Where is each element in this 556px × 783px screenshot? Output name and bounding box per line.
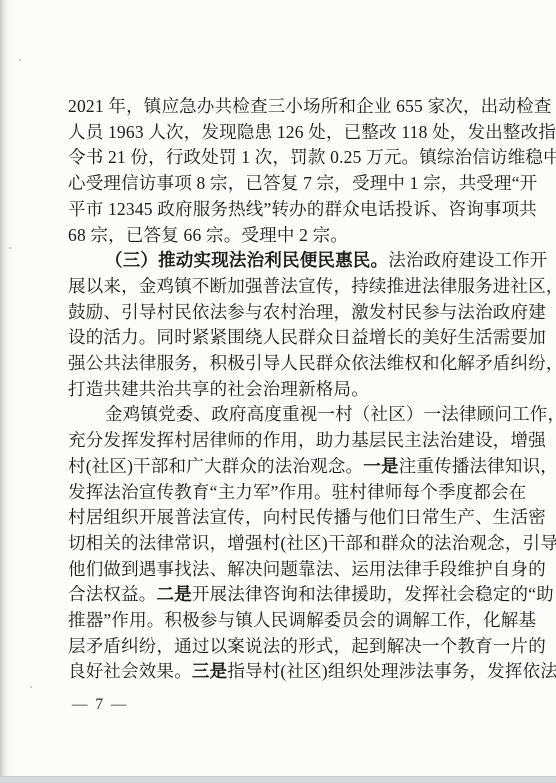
text-run: 设的活力。同时紧紧围绕人民群众日益增长的美好生活需要加 bbox=[68, 327, 546, 347]
text-run: 切相关的法律常识，增强村(社区)干部和群众的法治观念，引导 bbox=[68, 533, 556, 553]
text-run: 令书 21 份，行政处罚 1 次，罚款 0.25 万元。镇综治信访维稳中 bbox=[68, 147, 556, 167]
text-line: 金鸡镇党委、政府高度重视一村（社区）一法律顾问工作， bbox=[68, 402, 518, 428]
text-line: 层矛盾纠纷，通过以案说法的形式，起到解决一个教育一片的 bbox=[68, 634, 518, 660]
text-line: 展以来，金鸡镇不断加强普法宣传，持续推进法律服务进社区， bbox=[68, 274, 518, 300]
emphasis-text-run: 一是 bbox=[363, 456, 398, 476]
text-line: （三）推动实现法治利民便民惠民。法治政府建设工作开 bbox=[68, 248, 518, 274]
scan-left-shadow bbox=[0, 0, 14, 783]
text-line: 合法权益。二是开展法律咨询和法律援助，发挥社会稳定的“助 bbox=[68, 582, 518, 608]
text-run: 指导村(社区)组织处理涉法事务，发挥依法 bbox=[227, 661, 556, 681]
text-line: 推器”作用。积极参与镇人民调解委员会的调解工作，化解基 bbox=[68, 608, 518, 634]
text-run: 良好社会效果。 bbox=[68, 661, 192, 681]
text-run: 68 宗，已答复 66 宗。受理中 2 宗。 bbox=[68, 225, 348, 245]
text-run: 心受理信访事项 8 宗，已答复 7 宗，受理中 1 宗，共受理“开 bbox=[68, 173, 537, 193]
text-line: 人员 1963 人次，发现隐患 126 处，已整改 118 处，发出整改指 bbox=[68, 120, 518, 146]
text-line: 2021 年，镇应急办共检查三小场所和企业 655 家次，出动检查 bbox=[68, 94, 518, 120]
text-run: 发挥法治宣传教育“主力军”作用。驻村律师每个季度都会在 bbox=[68, 482, 526, 502]
text-run: 合法权益。 bbox=[68, 584, 157, 604]
text-run: 开展法律咨询和法律援助，发挥社会稳定的“助 bbox=[192, 584, 554, 604]
text-line: 设的活力。同时紧紧围绕人民群众日益增长的美好生活需要加 bbox=[68, 325, 518, 351]
text-line: 良好社会效果。三是指导村(社区)组织处理涉法事务，发挥依法 bbox=[68, 659, 518, 685]
text-run: 推器”作用。积极参与镇人民调解委员会的调解工作，化解基 bbox=[68, 610, 536, 630]
text-line: 鼓励、引导村民依法参与农村治理，激发村民参与法治政府建 bbox=[68, 300, 518, 326]
page-number: — 7 — bbox=[72, 696, 129, 714]
scan-bottom-edge bbox=[0, 776, 556, 783]
text-run: 鼓励、引导村民依法参与农村治理，激发村民参与法治政府建 bbox=[68, 302, 546, 322]
text-line: 平市 12345 政府服务热线”转办的群众电话投诉、咨询事项共 bbox=[68, 197, 518, 223]
text-line: 强公共法律服务，积极引导人民群众依法维权和化解矛盾纠纷， bbox=[68, 351, 518, 377]
text-line: 68 宗，已答复 66 宗。受理中 2 宗。 bbox=[68, 223, 518, 249]
text-run: 打造共建共治共享的社会治理新格局。 bbox=[68, 379, 369, 399]
text-run: 平市 12345 政府服务热线”转办的群众电话投诉、咨询事项共 bbox=[68, 199, 537, 219]
text-line: 打造共建共治共享的社会治理新格局。 bbox=[68, 377, 518, 403]
text-run: 注重传播法律知识， bbox=[399, 456, 556, 476]
emphasis-text-run: （三）推动实现法治利民便民惠民。 bbox=[105, 250, 388, 270]
text-run: 展以来，金鸡镇不断加强普法宣传，持续推进法律服务进社区， bbox=[68, 276, 556, 296]
text-run: 村(社区)干部和广大群众的法治观念。 bbox=[68, 456, 363, 476]
text-run: 村居组织开展普法宣传，向村民传播与他们日常生产、生活密 bbox=[68, 507, 546, 527]
text-line: 切相关的法律常识，增强村(社区)干部和群众的法治观念，引导 bbox=[68, 531, 518, 557]
text-run: 强公共法律服务，积极引导人民群众依法维权和化解矛盾纠纷， bbox=[68, 353, 556, 373]
text-run: 法治政府建设工作开 bbox=[388, 250, 547, 270]
emphasis-text-run: 三是 bbox=[192, 661, 227, 681]
text-run: 人员 1963 人次，发现隐患 126 处，已整改 118 处，发出整改指 bbox=[68, 122, 556, 142]
text-line: 村(社区)干部和广大群众的法治观念。一是注重传播法律知识， bbox=[68, 454, 518, 480]
text-line: 心受理信访事项 8 宗，已答复 7 宗，受理中 1 宗，共受理“开 bbox=[68, 171, 518, 197]
text-run: 充分发挥发挥村居律师的作用，助力基层民主法治建设，增强 bbox=[68, 430, 546, 450]
text-line: 发挥法治宣传教育“主力军”作用。驻村律师每个季度都会在 bbox=[68, 480, 518, 506]
text-run: 层矛盾纠纷，通过以案说法的形式，起到解决一个教育一片的 bbox=[68, 636, 546, 656]
document-page: 2021 年，镇应急办共检查三小场所和企业 655 家次，出动检查人员 1963… bbox=[0, 0, 556, 783]
text-run: 他们做到遇事找法、解决问题靠法、运用法律手段维护自身的 bbox=[68, 559, 546, 579]
text-run: 2021 年，镇应急办共检查三小场所和企业 655 家次，出动检查 bbox=[68, 96, 551, 116]
emphasis-text-run: 二是 bbox=[157, 584, 192, 604]
text-line: 充分发挥发挥村居律师的作用，助力基层民主法治建设，增强 bbox=[68, 428, 518, 454]
text-line: 他们做到遇事找法、解决问题靠法、运用法律手段维护自身的 bbox=[68, 557, 518, 583]
text-line: 令书 21 份，行政处罚 1 次，罚款 0.25 万元。镇综治信访维稳中 bbox=[68, 145, 518, 171]
document-body: 2021 年，镇应急办共检查三小场所和企业 655 家次，出动检查人员 1963… bbox=[68, 94, 518, 685]
text-line: 村居组织开展普法宣传，向村民传播与他们日常生产、生活密 bbox=[68, 505, 518, 531]
text-run: 金鸡镇党委、政府高度重视一村（社区）一法律顾问工作， bbox=[105, 404, 556, 424]
